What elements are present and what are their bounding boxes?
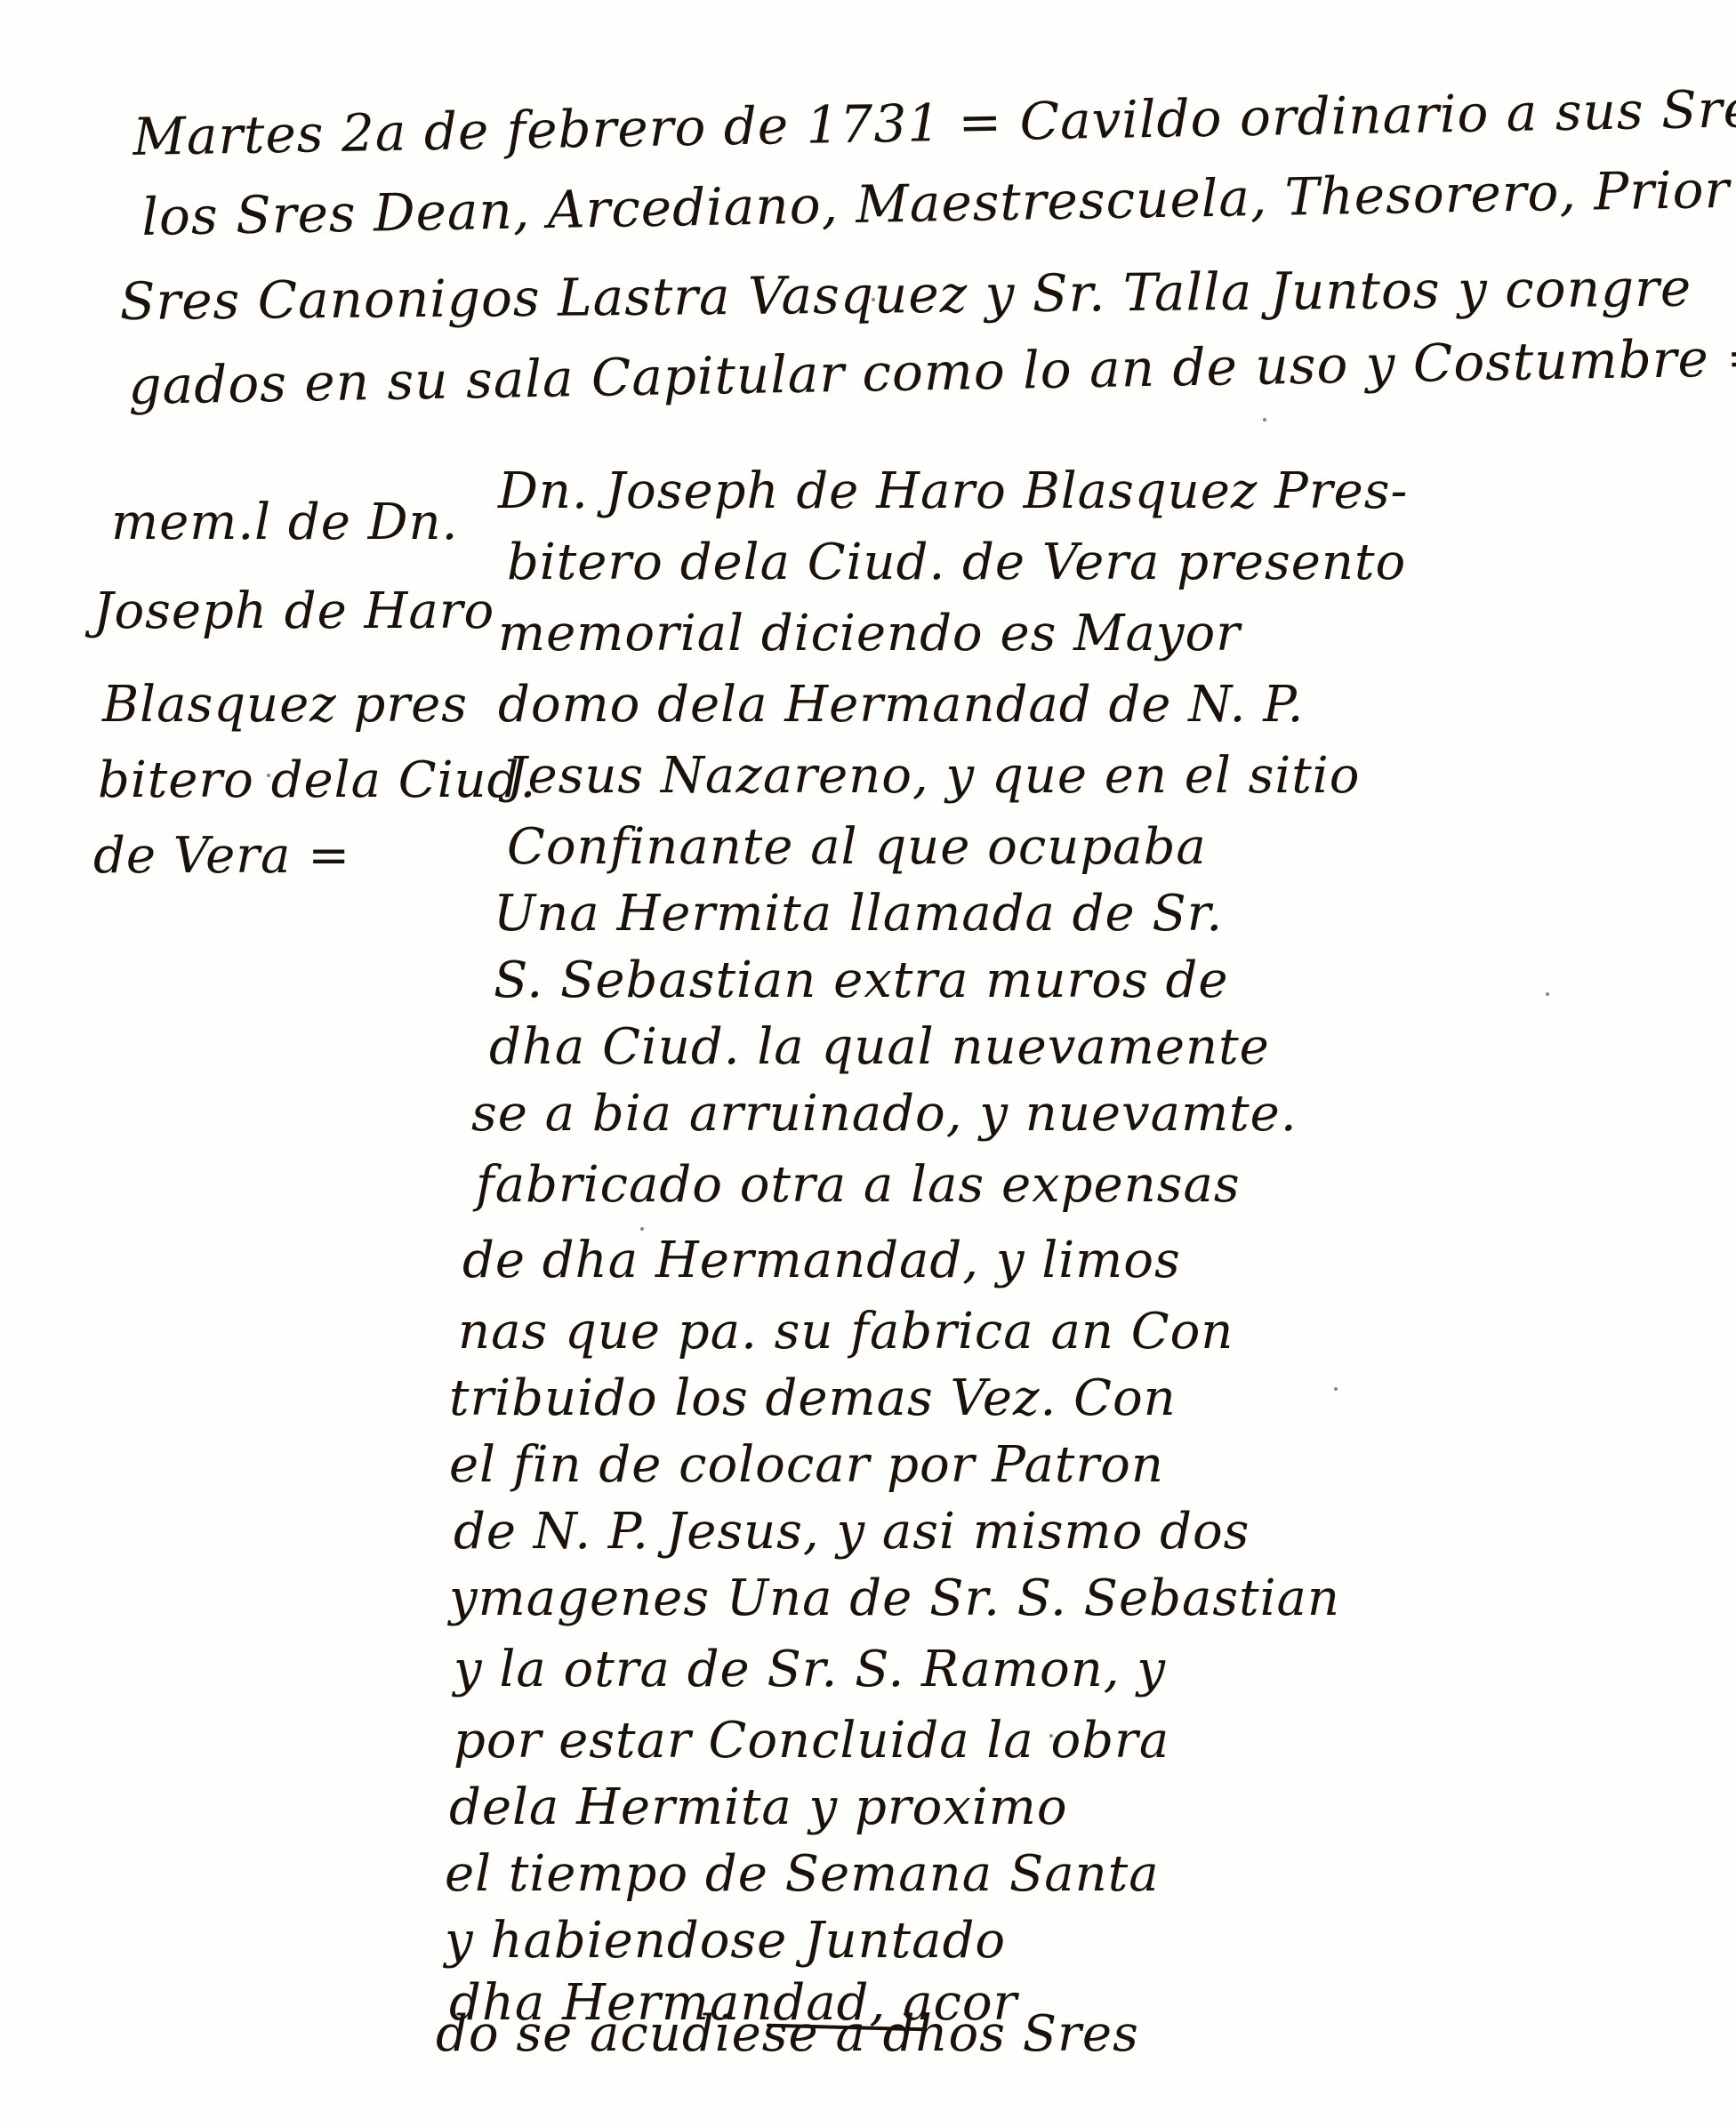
body-line-22: y habiendose Juntado xyxy=(445,1912,1006,1970)
margin-note-line-5: de Vera = xyxy=(93,827,350,885)
body-line-14: tribuido los demas Vez. Con xyxy=(449,1369,1177,1427)
ink-speck xyxy=(1334,1387,1338,1391)
body-line-3: memorial diciendo es Mayor xyxy=(498,605,1241,662)
header-line-4: gados en su sala Capitular como lo an de… xyxy=(128,327,1736,416)
body-line-20: dela Hermita y proximo xyxy=(449,1778,1068,1836)
margin-note-line-3: Blasquez pres xyxy=(102,676,468,734)
body-line-17: ymagenes Una de Sr. S. Sebastian xyxy=(449,1569,1340,1627)
ink-speck xyxy=(267,774,270,777)
body-line-10: se a bia arruinado, y nuevamte. xyxy=(471,1085,1298,1143)
margin-note-line-1: mem.l de Dn. xyxy=(111,494,458,551)
body-line-15: el fin de colocar por Patron xyxy=(449,1436,1164,1494)
ink-speck xyxy=(872,298,875,301)
body-line-8: S. Sebastian extra muros de xyxy=(494,951,1228,1009)
body-line-12: de dha Hermandad, y limos xyxy=(462,1232,1181,1289)
ink-speck xyxy=(1263,418,1266,421)
body-line-13: nas que pa. su fabrica an Con xyxy=(458,1303,1234,1360)
header-line-2: los Sres Dean, Arcediano, Maestrescuela,… xyxy=(141,158,1736,247)
ink-speck xyxy=(1049,1734,1053,1738)
body-line-5: Jesus Nazareno, y que en el sitio xyxy=(507,747,1360,805)
ink-speck xyxy=(1546,992,1549,996)
body-line-7: Una Hermita llamada de Sr. xyxy=(494,885,1223,943)
body-line-1: Dn. Joseph de Haro Blasquez Pres- xyxy=(498,462,1408,520)
body-line-11: fabricado otra a las expensas xyxy=(476,1156,1241,1214)
body-line-16: de N. P. Jesus, y asi mismo dos xyxy=(454,1503,1250,1561)
body-line-19: por estar Concluida la obra xyxy=(454,1712,1169,1770)
ink-speck xyxy=(640,1227,644,1231)
body-line-4: domo dela Hermandad de N. P. xyxy=(498,676,1304,734)
margin-note-line-2: Joseph de Haro xyxy=(93,582,494,640)
body-line-6: Confinante al que ocupaba xyxy=(507,818,1207,876)
header-line-3: Sres Canonigos Lastra Vasquez y Sr. Tall… xyxy=(119,258,1692,332)
margin-note-line-4: bitero dela Ciud. xyxy=(98,751,536,809)
manuscript-page: Martes 2a de febrero de 1731 = Cavildo o… xyxy=(0,0,1736,2127)
header-line-1: Martes 2a de febrero de 1731 = Cavildo o… xyxy=(133,78,1736,167)
body-line-21: el tiempo de Semana Santa xyxy=(445,1845,1160,1903)
ink-speck xyxy=(765,1996,768,2000)
body-line-2: bitero dela Ciud. de Vera presento xyxy=(507,534,1406,591)
body-line-18: y la otra de Sr. S. Ramon, y xyxy=(454,1641,1166,1698)
body-line-9: dha Ciud. la qual nuevamente xyxy=(489,1018,1270,1076)
body-line-24-final: do se acudiese a dhos Sres xyxy=(436,2005,1139,2063)
